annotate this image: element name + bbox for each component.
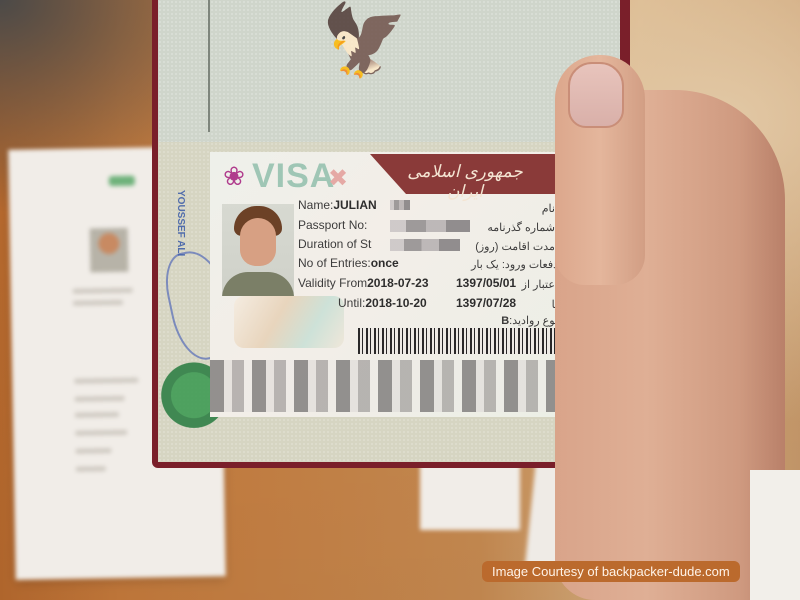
photo-face (240, 218, 276, 266)
document-line (74, 378, 138, 384)
duration-label: Duration of St (298, 237, 371, 251)
document-line (75, 412, 119, 418)
validity-from-label: Validity From (298, 276, 367, 290)
barcode (358, 328, 560, 354)
document-line (75, 396, 125, 402)
fa-until-date: 1397/07/28 (456, 296, 516, 310)
redacted-mrz-zone (210, 360, 560, 412)
document-line (73, 300, 123, 306)
eagle-emblem-icon: 🦅 (280, 0, 450, 85)
redacted-block (390, 200, 410, 210)
thumbnail-nail (568, 62, 624, 128)
passport-no-field: Passport No: (298, 218, 367, 232)
visa-pattern-icon: ✖ (328, 164, 348, 193)
until-value: 2018-10-20 (365, 296, 426, 310)
validity-from-field: Validity From2018-07-23 (298, 276, 429, 290)
until-label: Until: (338, 296, 365, 310)
redacted-block (390, 239, 460, 251)
fa-validity-from-date: 1397/05/01 (456, 276, 516, 290)
fa-passport-label: :شماره گذرنامه (487, 221, 558, 234)
name-label: Name: (298, 198, 333, 212)
fa-entries: دفعات ورود: یک بار (471, 258, 558, 271)
page-line (208, 0, 210, 132)
holder-photo (222, 204, 294, 296)
visa-sticker: ❀ VISA ✖ جمهوری اسلامی ایران Name:JULIAN… (210, 152, 560, 417)
fa-visa-type: نوع روادید:B (501, 314, 558, 327)
fa-duration-label: :مدت اقامت (روز) (475, 240, 558, 253)
fa-entries-label: دفعات ورود: (502, 259, 558, 271)
document-logo (109, 176, 135, 186)
entries-value: once (371, 256, 399, 270)
duration-field: Duration of St (298, 237, 371, 251)
document-line (76, 466, 106, 472)
passport-no-label: Passport No: (298, 218, 367, 232)
document-line (75, 430, 127, 436)
fa-visa-type-value: B (501, 315, 509, 327)
document-line (75, 448, 111, 454)
fa-validity-from-label: اعتبار از (522, 278, 558, 291)
document-line (73, 288, 133, 294)
shirt-sleeve (750, 470, 800, 600)
image-credit-caption: Image Courtesy of backpacker-dude.com (482, 561, 740, 582)
document-photo (90, 228, 129, 273)
hologram (234, 296, 344, 348)
entries-label: No of Entries: (298, 256, 371, 270)
photo-shirt (222, 272, 294, 296)
entries-field: No of Entries:once (298, 256, 399, 270)
visa-title: VISA (252, 157, 335, 196)
name-value: JULIAN (333, 198, 376, 212)
stamp-text: YOUSSEF ALI (175, 190, 186, 256)
fa-entries-value: یک بار (471, 259, 499, 271)
country-banner-text: جمهوری اسلامی ایران (400, 162, 530, 202)
validity-from-value: 2018-07-23 (367, 276, 428, 290)
until-field: Until:2018-10-20 (338, 296, 427, 310)
flower-emblem-icon: ❀ (220, 162, 248, 190)
name-field: Name:JULIAN (298, 198, 377, 212)
fa-visa-type-label: نوع روادید: (509, 315, 558, 327)
redacted-block (390, 220, 470, 232)
